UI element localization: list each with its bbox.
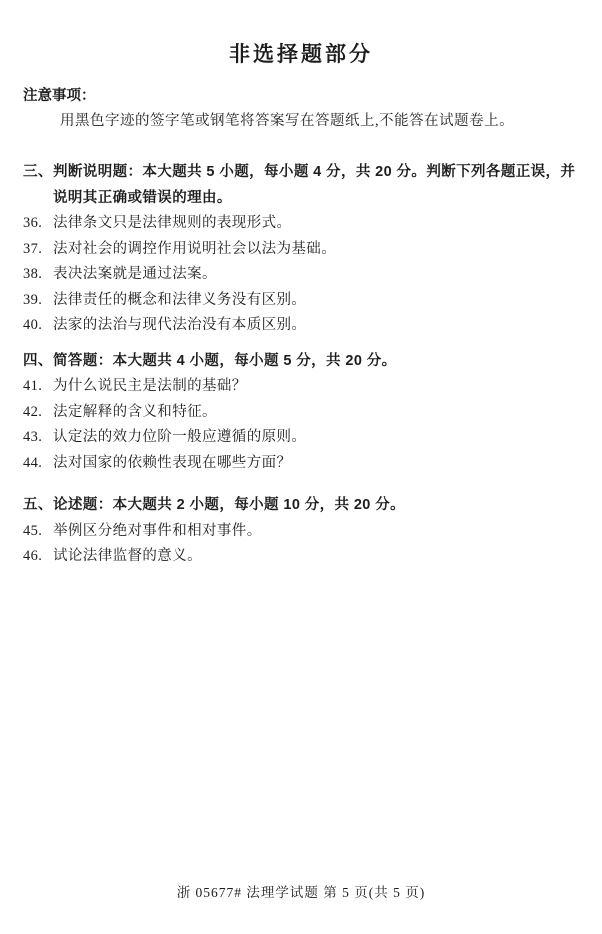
section-header: 五、 论述题：本大题共 2 小题，每小题 10 分，共 20 分。 xyxy=(23,493,578,519)
question-text: 表决法案就是通过法案。 xyxy=(53,262,578,288)
question-number: 41. xyxy=(23,374,53,400)
question-text: 法对社会的调控作用说明社会以法为基础。 xyxy=(53,237,578,263)
question-number: 44. xyxy=(23,451,53,477)
page-footer: 浙 05677# 法理学试题 第 5 页(共 5 页) xyxy=(0,881,602,901)
section-header: 四、 简答题：本大题共 4 小题，每小题 5 分，共 20 分。 xyxy=(23,349,578,375)
question-text: 认定法的效力位阶一般应遵循的原则。 xyxy=(53,425,578,451)
question-text: 举例区分绝对事件和相对事件。 xyxy=(53,519,578,545)
question-text: 法对国家的依赖性表现在哪些方面？ xyxy=(53,451,578,477)
question-number: 39. xyxy=(23,288,53,314)
section-header: 三、 判断说明题：本大题共 5 小题，每小题 4 分，共 20 分。判断下列各题… xyxy=(23,160,578,211)
question-number: 46. xyxy=(23,544,53,570)
question-text: 试论法律监督的意义。 xyxy=(53,544,578,570)
question-number: 42. xyxy=(23,400,53,426)
page-content: 注意事项： 用黑色字迹的签字笔或钢笔将答案写在答题纸上,不能答在试题卷上。 三、… xyxy=(0,85,602,570)
section-header-text: 论述题：本大题共 2 小题，每小题 10 分，共 20 分。 xyxy=(53,493,578,519)
page-title: 非选择题部分 xyxy=(0,0,602,68)
section-marker: 三、 xyxy=(23,160,53,211)
section-judgment: 三、 判断说明题：本大题共 5 小题，每小题 4 分，共 20 分。判断下列各题… xyxy=(23,160,578,339)
section-essay: 五、 论述题：本大题共 2 小题，每小题 10 分，共 20 分。 45. 举例… xyxy=(23,493,578,570)
question-row: 40. 法家的法治与现代法治没有本质区别。 xyxy=(23,313,578,339)
section-marker: 五、 xyxy=(23,493,53,519)
question-row: 39. 法律责任的概念和法律义务没有区别。 xyxy=(23,288,578,314)
question-text: 为什么说民主是法制的基础？ xyxy=(53,374,578,400)
question-row: 44. 法对国家的依赖性表现在哪些方面？ xyxy=(23,451,578,477)
section-header-text: 简答题：本大题共 4 小题，每小题 5 分，共 20 分。 xyxy=(53,349,578,375)
question-number: 45. xyxy=(23,519,53,545)
question-text: 法家的法治与现代法治没有本质区别。 xyxy=(53,313,578,339)
question-number: 40. xyxy=(23,313,53,339)
question-row: 41. 为什么说民主是法制的基础？ xyxy=(23,374,578,400)
question-row: 42. 法定解释的含义和特征。 xyxy=(23,400,578,426)
question-text: 法律责任的概念和法律义务没有区别。 xyxy=(53,288,578,314)
question-number: 43. xyxy=(23,425,53,451)
section-short-answer: 四、 简答题：本大题共 4 小题，每小题 5 分，共 20 分。 41. 为什么… xyxy=(23,349,578,477)
question-text: 法定解释的含义和特征。 xyxy=(53,400,578,426)
question-row: 45. 举例区分绝对事件和相对事件。 xyxy=(23,519,578,545)
question-row: 38. 表决法案就是通过法案。 xyxy=(23,262,578,288)
question-row: 36. 法律条文只是法律规则的表现形式。 xyxy=(23,211,578,237)
section-marker: 四、 xyxy=(23,349,53,375)
exam-page: 非选择题部分 注意事项： 用黑色字迹的签字笔或钢笔将答案写在答题纸上,不能答在试… xyxy=(0,0,602,934)
question-row: 43. 认定法的效力位阶一般应遵循的原则。 xyxy=(23,425,578,451)
question-row: 37. 法对社会的调控作用说明社会以法为基础。 xyxy=(23,237,578,263)
question-number: 36. xyxy=(23,211,53,237)
question-number: 37. xyxy=(23,237,53,263)
question-row: 46. 试论法律监督的意义。 xyxy=(23,544,578,570)
question-number: 38. xyxy=(23,262,53,288)
question-text: 法律条文只是法律规则的表现形式。 xyxy=(53,211,578,237)
notice-label: 注意事项： xyxy=(23,85,578,107)
notice-text: 用黑色字迹的签字笔或钢笔将答案写在答题纸上,不能答在试题卷上。 xyxy=(23,109,578,133)
section-header-text: 判断说明题：本大题共 5 小题，每小题 4 分，共 20 分。判断下列各题正误，… xyxy=(53,160,578,211)
